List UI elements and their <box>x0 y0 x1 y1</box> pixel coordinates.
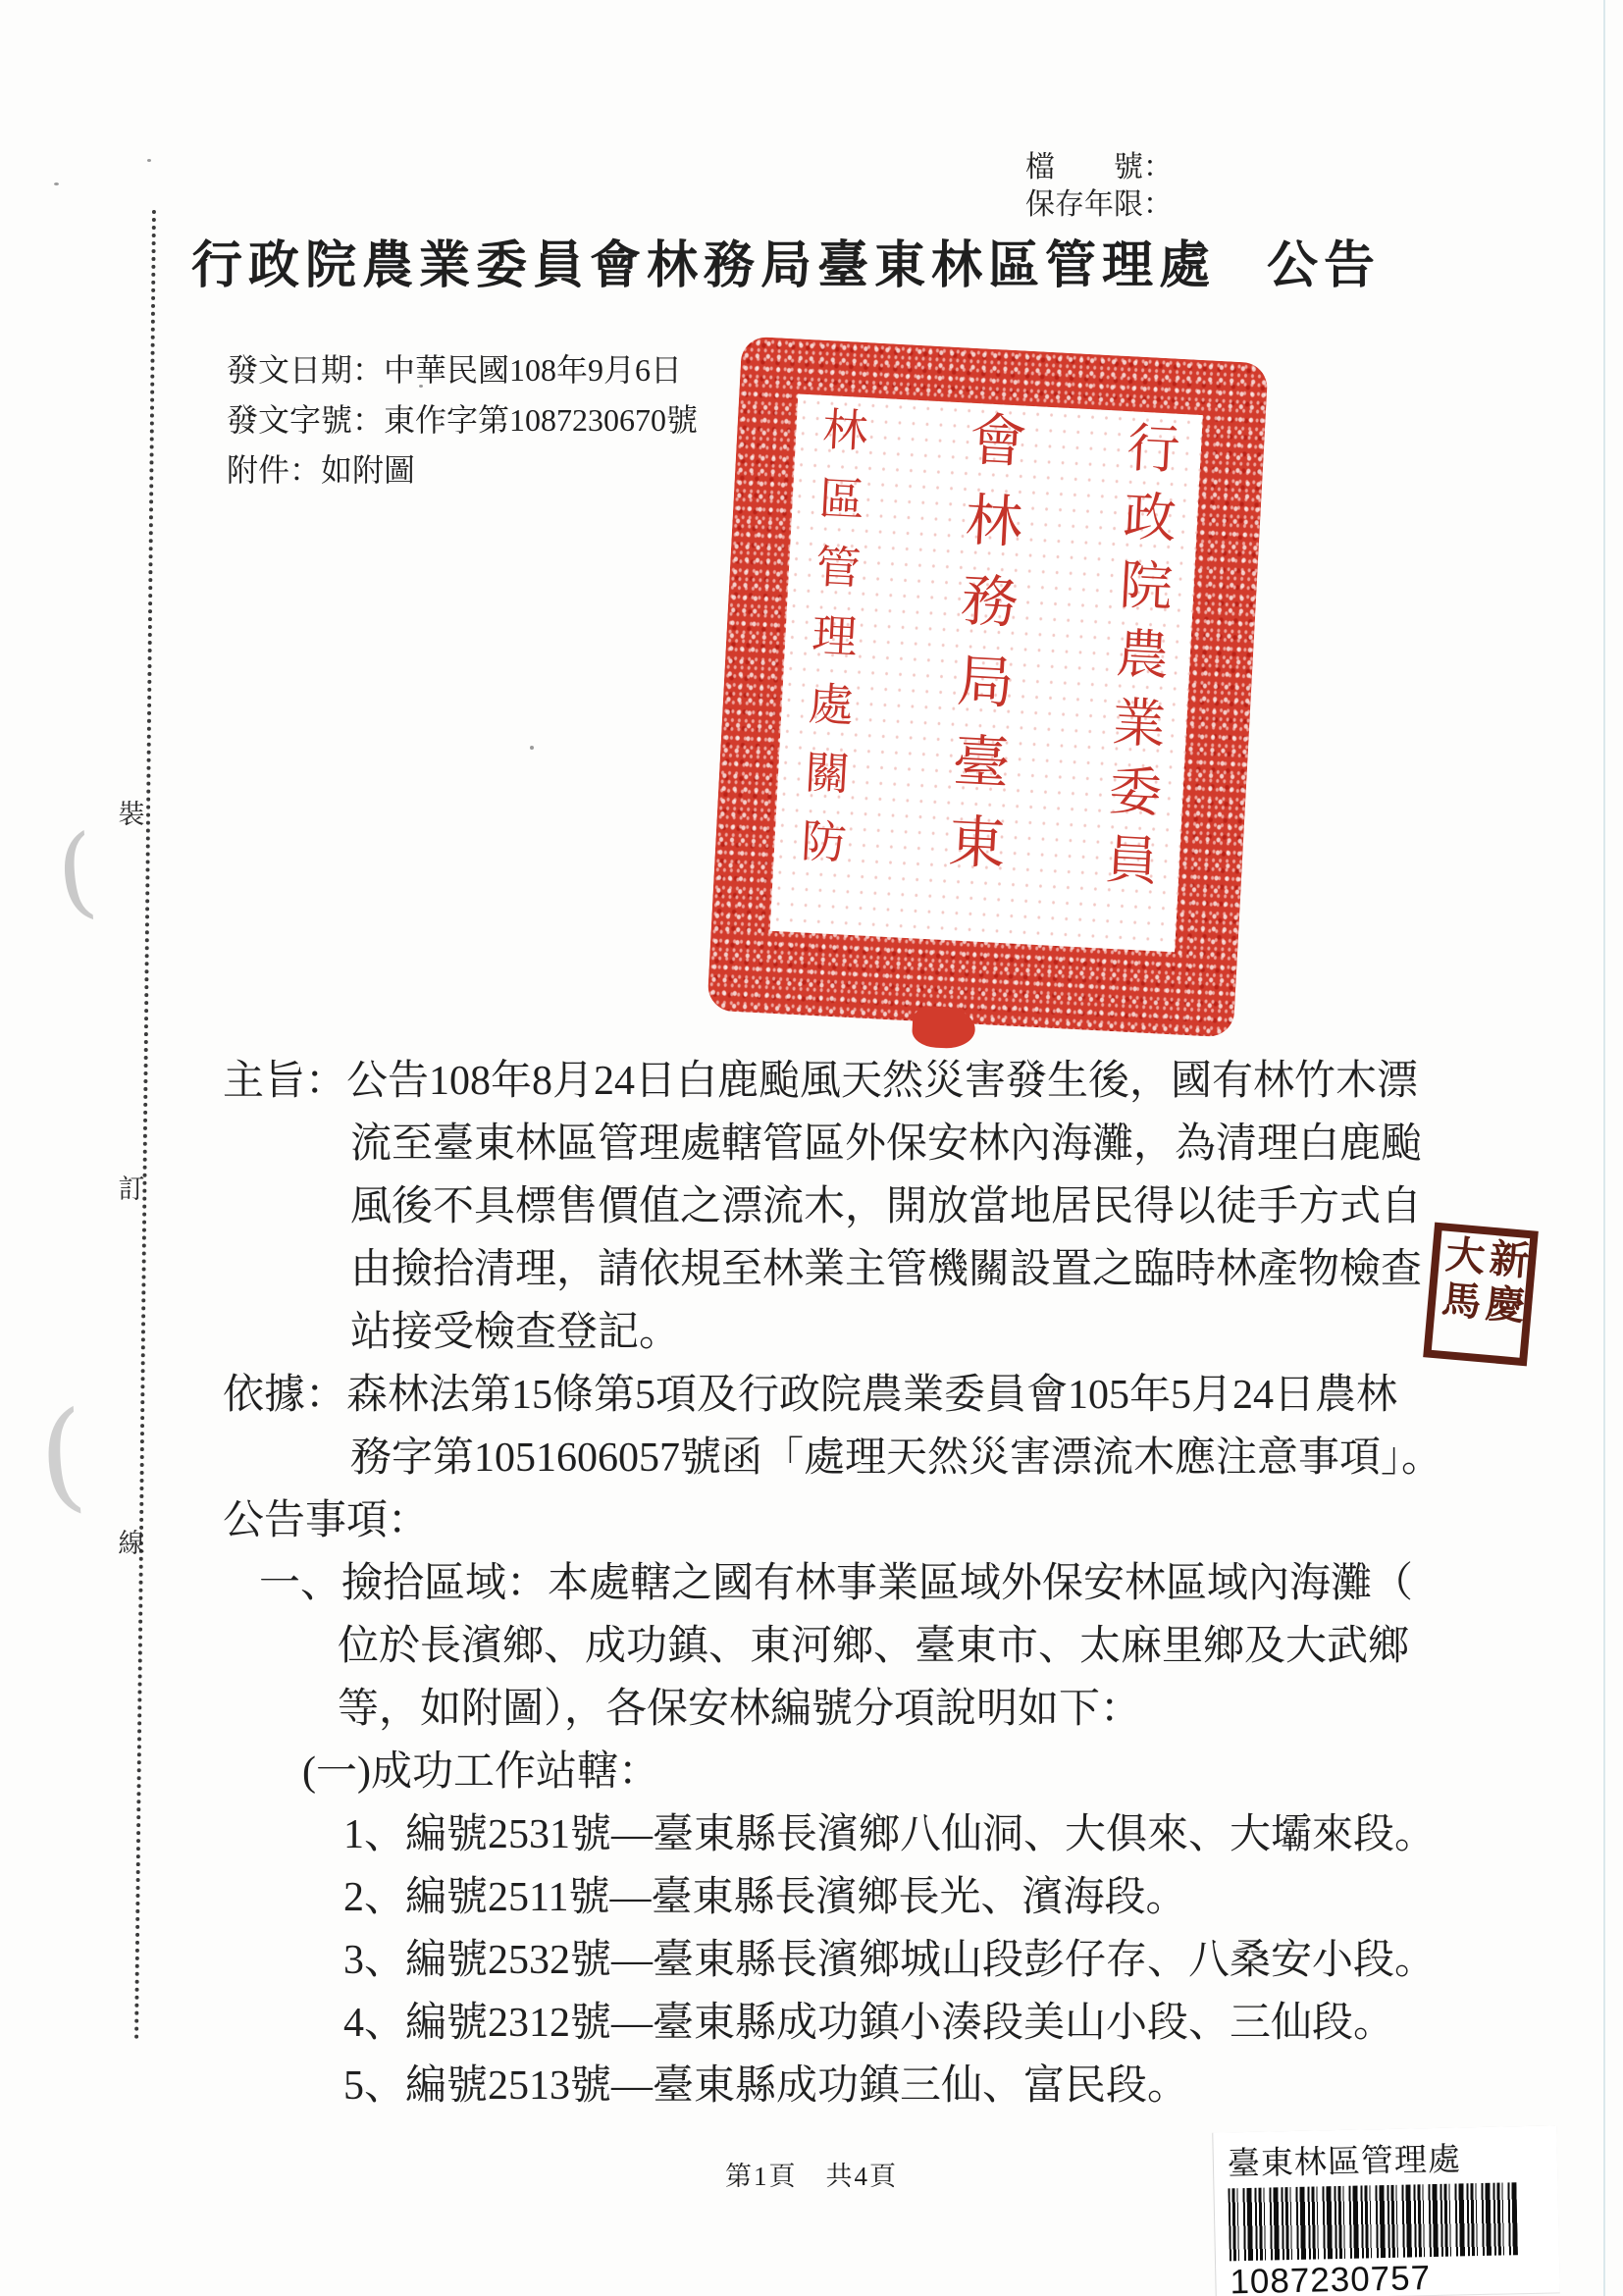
issue-number-line: 發文字號：東作字第1087230670號 <box>227 402 698 438</box>
title-agency: 行政院農業委員會林務局臺東林區管理處 <box>191 224 1216 297</box>
numbered-entry: 1、編號2531號—臺東縣長濱鄉八仙洞、大俱來、大壩來段。 <box>343 1803 1479 1866</box>
items-header: 公告事項： <box>223 1489 1479 1552</box>
subject-line: 流至臺東林區管理處轄管區外保安林內海灘，為清理白鹿颱 <box>350 1113 1479 1175</box>
subject-line: 風後不具標售價值之漂流木，開放當地居民得以徒手方式自 <box>350 1175 1479 1238</box>
archive-info-block: 檔 號：保存年限： <box>1025 149 1173 224</box>
pen-mark: ( <box>34 1387 89 1527</box>
scan-edge-artifact <box>1603 0 1605 2296</box>
legal-basis-line: 依據：森林法第15條第5項及行政院農業委員會105年5月24日農林 <box>223 1364 1479 1427</box>
seal-column-1: 行政院農業委員 <box>1086 418 1189 945</box>
pen-mark: ( <box>51 812 101 930</box>
item-1-line: 位於長濱鄉、成功鎮、東河鄉、臺東市、太麻里鄉及大武鄉 <box>338 1615 1479 1678</box>
scan-speck <box>530 746 534 750</box>
barcode-bars <box>1228 2182 1517 2261</box>
scan-speck <box>147 159 151 162</box>
subject-line: 由撿拾清理，請依規至林業主管機關設置之臨時林產物檢查 <box>350 1238 1479 1301</box>
subject-line: 主旨：公告108年8月24日白鹿颱風天然災害發生後，國有林竹木漂 <box>223 1050 1479 1113</box>
personal-seal-column-1: 新慶 <box>1478 1236 1527 1357</box>
sub-item-header: (一)成功工作站轄： <box>302 1741 1479 1803</box>
official-seal-stamp: 行政院農業委員 會林務局臺東 林區管理處關防 <box>707 336 1268 1037</box>
barcode-sticker: 臺東林區管理處 1087230757 <box>1213 2125 1559 2296</box>
binding-char-zhuang: 裝 <box>102 793 161 831</box>
binding-char-xian: 線 <box>102 1522 161 1560</box>
attachment-line: 附件：如附圖 <box>227 452 415 488</box>
numbered-entry: 2、編號2511號—臺東縣長濱鄉長光、濱海段。 <box>343 1866 1479 1929</box>
item-1-line: 等，如附圖），各保安林編號分項說明如下： <box>338 1678 1479 1741</box>
title-doctype: 公告 <box>1267 224 1381 297</box>
file-no-label: 檔 號： <box>1025 151 1173 183</box>
official-seal-text-area: 行政院農業委員 會林務局臺東 林區管理處關防 <box>770 393 1203 952</box>
binding-char-ding: 訂 <box>102 1168 161 1206</box>
legal-basis-line: 務字第1051606057號函「處理天然災害漂流木應注意事項」。 <box>350 1427 1479 1489</box>
barcode-number: 1087230757 <box>1230 2256 1560 2296</box>
issue-date-line: 發文日期：中華民國108年9月6日 <box>227 352 682 388</box>
numbered-entry: 5、編號2513號—臺東縣成功鎮三仙、富民段。 <box>343 2055 1479 2117</box>
barcode-office-label: 臺東林區管理處 <box>1213 2125 1557 2184</box>
numbered-entry: 3、編號2532號—臺東縣長濱鄉城山段彭仔存、八桑安小段。 <box>343 1929 1479 1992</box>
announcement-body: 主旨：公告108年8月24日白鹿颱風天然災害發生後，國有林竹木漂 流至臺東林區管… <box>223 1050 1479 2117</box>
numbered-entry: 4、編號2312號—臺東縣成功鎮小湊段美山小段、三仙段。 <box>343 1992 1479 2055</box>
issue-meta-block: 發文日期：中華民國108年9月6日發文字號：東作字第1087230670號附件：… <box>227 345 698 496</box>
seal-column-3: 林區管理處關防 <box>784 404 876 929</box>
seal-column-2: 會林務局臺東 <box>926 408 1036 938</box>
document-title: 行政院農業委員會林務局臺東林區管理處 公告 <box>191 224 1398 297</box>
scanned-page: 裝 訂 線 ( ( 檔 號：保存年限： 行政院農業委員會林務局臺東林區管理處 公… <box>0 0 1623 2296</box>
subject-line: 站接受檢查登記。 <box>350 1301 1479 1364</box>
binding-dotted-line <box>134 210 156 2041</box>
scan-speck <box>54 183 59 185</box>
retention-label: 保存年限： <box>1025 188 1173 221</box>
item-1-line: 一、撿拾區域：本處轄之國有林事業區域外保安林區域內海灘（ <box>259 1552 1479 1615</box>
